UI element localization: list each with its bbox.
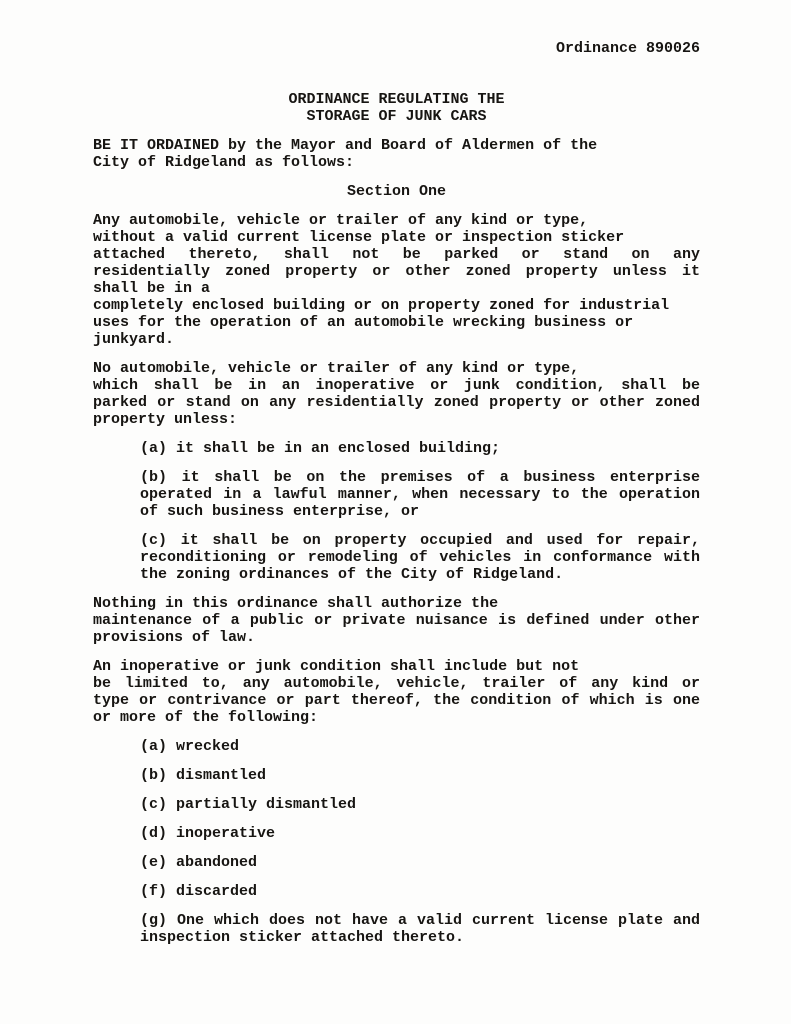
text-line: (f) discarded xyxy=(140,883,700,900)
text-line: completely enclosed building or on prope… xyxy=(93,297,700,314)
paragraph: BE IT ORDAINED by the Mayor and Board of… xyxy=(93,137,700,171)
paragraph: Nothing in this ordinance shall authoriz… xyxy=(93,595,700,646)
text-line: (c) partially dismantled xyxy=(140,796,700,813)
paragraph: An inoperative or junk condition shall i… xyxy=(93,658,700,726)
document-title-line-1: ORDINANCE REGULATING THE xyxy=(93,91,700,108)
text-line: property unless: xyxy=(93,411,700,428)
paragraph: No automobile, vehicle or trailer of any… xyxy=(93,360,700,428)
text-line: provisions of law. xyxy=(93,629,700,646)
text-line: City of Ridgeland as follows: xyxy=(93,154,700,171)
text-line: residentially zoned property or other zo… xyxy=(93,263,700,280)
text-line: Nothing in this ordinance shall authoriz… xyxy=(93,595,700,612)
list-item: (g) One which does not have a valid curr… xyxy=(140,912,700,946)
document-page: Ordinance 890026 ORDINANCE REGULATING TH… xyxy=(0,0,791,1024)
text-line: inspection sticker attached thereto. xyxy=(140,929,700,946)
text-line: An inoperative or junk condition shall i… xyxy=(93,658,700,675)
text-line: shall be in a xyxy=(93,280,700,297)
text-line: attached thereto, shall not be parked or… xyxy=(93,246,700,263)
text-line: (e) abandoned xyxy=(140,854,700,871)
document-content: Ordinance 890026 ORDINANCE REGULATING TH… xyxy=(93,40,700,946)
text-line: (c) it shall be on property occupied and… xyxy=(140,532,700,549)
text-line: junkyard. xyxy=(93,331,700,348)
text-line: of such business enterprise, or xyxy=(140,503,700,520)
text-line: type or contrivance or part thereof, the… xyxy=(93,692,700,709)
list-item: (f) discarded xyxy=(140,883,700,900)
text-line: uses for the operation of an automobile … xyxy=(93,314,700,331)
list-item: (b) dismantled xyxy=(140,767,700,784)
ordinance-number: Ordinance 890026 xyxy=(93,40,700,57)
list-item: (a) wrecked xyxy=(140,738,700,755)
text-line: BE IT ORDAINED by the Mayor and Board of… xyxy=(93,137,700,154)
list-item: (a) it shall be in an enclosed building; xyxy=(140,440,700,457)
list-item: (c) partially dismantled xyxy=(140,796,700,813)
text-line: (d) inoperative xyxy=(140,825,700,842)
paragraph: Any automobile, vehicle or trailer of an… xyxy=(93,212,700,348)
document-blocks: BE IT ORDAINED by the Mayor and Board of… xyxy=(93,137,700,946)
list-item: (c) it shall be on property occupied and… xyxy=(140,532,700,583)
list-item: (d) inoperative xyxy=(140,825,700,842)
text-line: which shall be in an inoperative or junk… xyxy=(93,377,700,394)
text-line: be limited to, any automobile, vehicle, … xyxy=(93,675,700,692)
list-item: (b) it shall be on the premises of a bus… xyxy=(140,469,700,520)
document-title: ORDINANCE REGULATING THE STORAGE OF JUNK… xyxy=(93,91,700,125)
text-line: No automobile, vehicle or trailer of any… xyxy=(93,360,700,377)
text-line: (a) wrecked xyxy=(140,738,700,755)
text-line: without a valid current license plate or… xyxy=(93,229,700,246)
text-line: maintenance of a public or private nuisa… xyxy=(93,612,700,629)
text-line: or more of the following: xyxy=(93,709,700,726)
text-line: (b) dismantled xyxy=(140,767,700,784)
text-line: (a) it shall be in an enclosed building; xyxy=(140,440,700,457)
document-title-line-2: STORAGE OF JUNK CARS xyxy=(93,108,700,125)
text-line: reconditioning or remodeling of vehicles… xyxy=(140,549,700,566)
list-item: (e) abandoned xyxy=(140,854,700,871)
text-line: Any automobile, vehicle or trailer of an… xyxy=(93,212,700,229)
text-line: operated in a lawful manner, when necess… xyxy=(140,486,700,503)
text-line: (g) One which does not have a valid curr… xyxy=(140,912,700,929)
text-line: parked or stand on any residentially zon… xyxy=(93,394,700,411)
section-heading: Section One xyxy=(93,183,700,200)
text-line: the zoning ordinances of the City of Rid… xyxy=(140,566,700,583)
text-line: (b) it shall be on the premises of a bus… xyxy=(140,469,700,486)
